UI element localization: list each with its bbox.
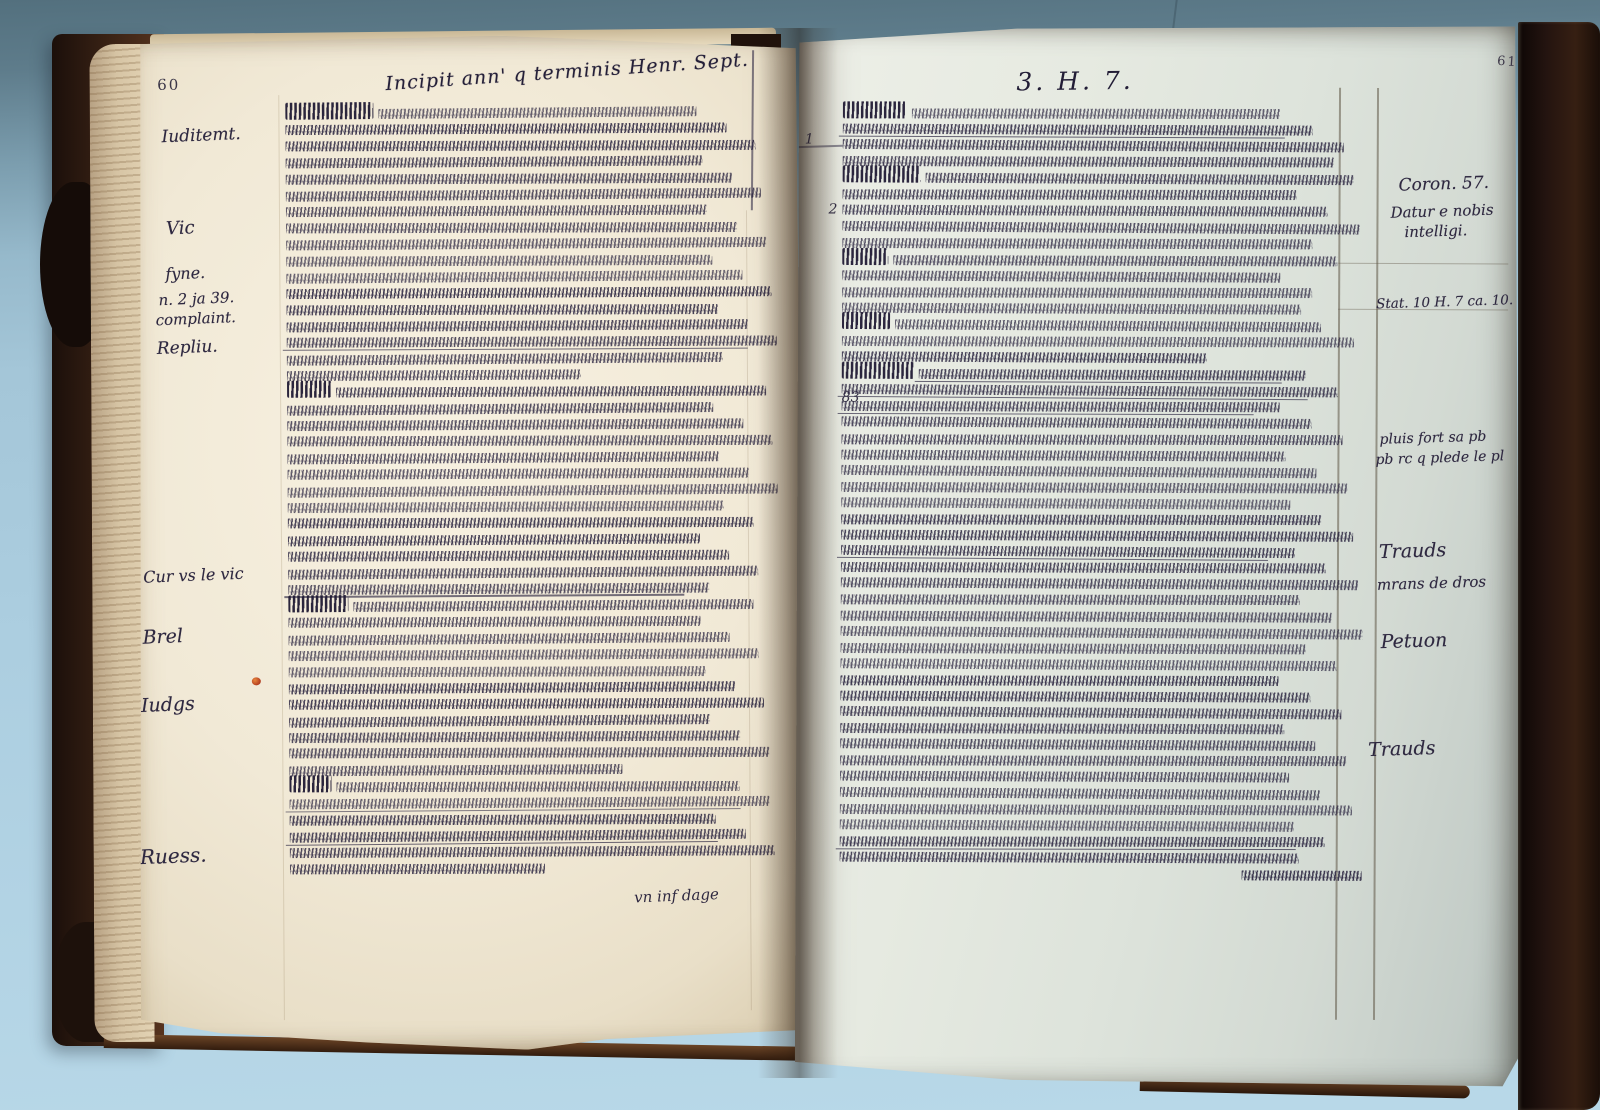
manuscript-line xyxy=(288,550,778,562)
manuscript-line xyxy=(289,631,779,645)
handwriting-scribble xyxy=(1242,870,1362,881)
manuscript-line xyxy=(286,237,776,251)
handwriting-scribble xyxy=(290,863,545,874)
manuscript-line xyxy=(840,836,1362,847)
handwriting-scribble xyxy=(286,156,703,169)
handwriting-scribble xyxy=(288,468,749,480)
margin-note: mrans de dros xyxy=(1377,573,1487,594)
right-page: 61 3. H. 7. 1 2 83 Coron. 57. Datur e no… xyxy=(795,23,1526,1090)
handwriting-scribble xyxy=(288,500,724,513)
folio-number-right: 61 xyxy=(1497,54,1519,70)
handwriting-scribble xyxy=(289,648,759,661)
manuscript-line xyxy=(286,254,776,266)
handwriting-scribble xyxy=(841,643,1306,654)
manuscript-line xyxy=(840,706,1362,720)
manuscript-line xyxy=(290,828,780,842)
manuscript-line xyxy=(842,270,1364,283)
manuscript-line xyxy=(287,368,777,381)
handwriting-scribble xyxy=(378,106,696,119)
handwriting-scribble xyxy=(287,418,743,431)
handwriting-scribble xyxy=(286,286,771,299)
handwriting-scribble xyxy=(289,698,764,710)
manuscript-paragraph xyxy=(840,369,1364,864)
manuscript-line xyxy=(286,155,776,169)
manuscript-line xyxy=(840,756,1362,767)
manuscript-paragraph xyxy=(843,108,1365,169)
handwriting-scribble xyxy=(840,675,1278,686)
handwriting-scribble xyxy=(840,852,1299,864)
margin-note: Cur vs le vic xyxy=(143,564,244,587)
manuscript-line xyxy=(842,369,1364,381)
manuscript-paragraph xyxy=(288,599,779,776)
manuscript-line xyxy=(843,156,1365,168)
manuscript-line xyxy=(289,698,779,710)
handwriting-scribble xyxy=(336,386,766,398)
handwriting-scribble xyxy=(286,188,761,202)
manuscript-line xyxy=(287,319,777,333)
handwriting-scribble xyxy=(841,465,1316,478)
handwriting-scribble xyxy=(842,287,1312,298)
handwriting-scribble xyxy=(287,319,748,332)
margin-note: Repliu. xyxy=(156,336,218,358)
handwriting-scribble xyxy=(288,565,758,579)
paragraph-initial xyxy=(842,362,914,379)
manuscript-line xyxy=(287,435,777,447)
handwriting-scribble xyxy=(286,270,742,284)
right-page-heading: 3. H. 7. xyxy=(995,66,1155,97)
gutter-number: 1 xyxy=(805,131,814,147)
margin-note: fyne. xyxy=(165,263,206,284)
handwriting-scribble xyxy=(840,739,1315,752)
manuscript-paragraph xyxy=(842,173,1364,250)
handwriting-scribble xyxy=(841,514,1321,525)
gutter-pointer-line xyxy=(795,145,843,148)
margin-note: pluis fort sa pb xyxy=(1379,429,1486,448)
manuscript-line xyxy=(840,739,1362,752)
manuscript-line xyxy=(841,578,1363,591)
margin-note: intelligi. xyxy=(1404,221,1467,241)
manuscript-line xyxy=(841,497,1363,510)
manuscript-line xyxy=(841,465,1363,479)
manuscript-line xyxy=(287,418,777,431)
manuscript-line xyxy=(289,648,779,661)
margin-note: Coron. 57. xyxy=(1398,173,1489,196)
handwriting-scribble xyxy=(289,747,769,759)
handwriting-scribble xyxy=(841,626,1363,640)
handwriting-scribble xyxy=(840,819,1294,832)
handwriting-scribble xyxy=(353,599,753,612)
manuscript-line xyxy=(288,468,778,480)
handwriting-scribble xyxy=(840,786,1320,799)
manuscript-line xyxy=(290,796,780,810)
paragraph-initial xyxy=(288,595,348,612)
gutter-number: 2 xyxy=(828,202,837,218)
manuscript-line xyxy=(841,595,1363,606)
handwriting-scribble xyxy=(842,434,1343,445)
manuscript-line xyxy=(289,747,779,759)
manuscript-line xyxy=(289,763,779,777)
handwriting-scribble xyxy=(842,384,1338,398)
margin-note: Petuon xyxy=(1380,629,1447,653)
handwriting-scribble xyxy=(840,804,1352,816)
manuscript-line xyxy=(289,713,779,727)
margin-note: Vic xyxy=(166,217,195,239)
paragraph-initial xyxy=(842,248,888,265)
handwriting-scribble xyxy=(289,714,710,728)
handwriting-scribble xyxy=(842,336,1354,348)
handwriting-scribble xyxy=(287,336,777,348)
handwriting-scribble xyxy=(288,550,729,562)
handwriting-scribble xyxy=(842,303,1301,315)
paragraph-initial xyxy=(285,102,373,120)
manuscript-line xyxy=(287,351,777,365)
handwriting-scribble xyxy=(288,533,700,546)
manuscript-line xyxy=(840,691,1362,703)
manuscript-line xyxy=(287,386,777,398)
manuscript-line xyxy=(841,545,1363,559)
manuscript-line xyxy=(841,514,1363,525)
manuscript-line xyxy=(288,533,778,547)
handwriting-scribble xyxy=(289,730,740,743)
right-book-cover xyxy=(1518,22,1600,1110)
manuscript-line xyxy=(843,139,1365,153)
margin-note: complaint. xyxy=(155,308,236,329)
manuscript-line xyxy=(841,449,1363,461)
handwriting-scribble xyxy=(289,764,622,777)
manuscript-line xyxy=(288,599,778,613)
manuscript-line xyxy=(841,610,1363,622)
left-page-text-block xyxy=(285,106,780,882)
manuscript-line xyxy=(841,658,1363,671)
manuscript-line xyxy=(285,123,775,136)
handwriting-scribble xyxy=(286,222,737,233)
handwriting-scribble xyxy=(926,173,1354,185)
handwriting-scribble xyxy=(286,172,732,184)
handwriting-scribble xyxy=(286,205,707,218)
manuscript-line xyxy=(289,781,779,793)
manuscript-line xyxy=(842,417,1364,430)
manuscript-line xyxy=(840,819,1362,832)
manuscript-paragraph xyxy=(287,385,778,595)
red-wax-spot xyxy=(252,677,261,685)
handwriting-scribble xyxy=(289,666,706,677)
left-page: 60 Incipit ann' q terminis Henr. Sept. I… xyxy=(135,34,807,1052)
margin-note: Datur e nobis xyxy=(1390,201,1494,222)
manuscript-line xyxy=(842,238,1364,250)
manuscript-paragraph xyxy=(289,780,780,875)
handwriting-scribble xyxy=(842,238,1312,249)
manuscript-photo: 60 Incipit ann' q terminis Henr. Sept. I… xyxy=(0,0,1600,1110)
handwriting-scribble xyxy=(840,756,1346,767)
handwriting-scribble xyxy=(287,352,723,366)
handwriting-scribble xyxy=(286,237,766,251)
handwriting-scribble xyxy=(840,836,1325,847)
manuscript-line xyxy=(286,187,776,201)
manuscript-line xyxy=(289,665,779,677)
margin-note: Iuditemt. xyxy=(161,124,241,147)
catchword: vn inf dage xyxy=(634,885,719,906)
manuscript-line xyxy=(290,846,780,859)
manuscript-line xyxy=(286,269,776,283)
handwriting-scribble xyxy=(842,205,1327,217)
manuscript-paragraph xyxy=(842,320,1364,364)
margin-note: pb rc q plede le pl xyxy=(1375,448,1504,468)
handwriting-scribble xyxy=(919,369,1306,381)
manuscript-line xyxy=(288,483,778,497)
closing-fragment-row xyxy=(840,869,1362,881)
margin-note: Trauds xyxy=(1368,737,1436,761)
manuscript-line xyxy=(288,582,778,595)
margin-note: Iudgs xyxy=(141,693,196,717)
handwriting-scribble xyxy=(893,255,1337,266)
handwriting-scribble xyxy=(840,771,1289,783)
handwriting-scribble xyxy=(842,220,1359,234)
manuscript-line xyxy=(288,517,778,529)
handwriting-scribble xyxy=(842,270,1281,283)
manuscript-line xyxy=(287,336,777,348)
handwriting-scribble xyxy=(288,582,709,595)
manuscript-line xyxy=(840,723,1362,735)
margin-note: n. 2 ja 39. xyxy=(158,288,234,309)
manuscript-line xyxy=(840,675,1362,686)
manuscript-line xyxy=(842,205,1364,217)
manuscript-paragraph xyxy=(285,106,777,381)
manuscript-line xyxy=(289,730,779,743)
handwriting-scribble xyxy=(841,449,1285,461)
handwriting-scribble xyxy=(841,562,1326,573)
handwriting-scribble xyxy=(840,706,1341,720)
handwriting-scribble xyxy=(841,658,1337,671)
manuscript-line xyxy=(842,401,1364,413)
manuscript-line xyxy=(288,565,778,579)
handwriting-scribble xyxy=(290,829,746,843)
manuscript-line xyxy=(286,172,776,184)
manuscript-paragraph xyxy=(842,254,1364,315)
margin-note: Ruess. xyxy=(139,842,207,869)
manuscript-line xyxy=(840,771,1362,783)
manuscript-line xyxy=(841,482,1363,494)
handwriting-scribble xyxy=(843,190,1297,201)
paragraph-initial xyxy=(843,166,921,183)
manuscript-line xyxy=(843,190,1365,201)
manuscript-line xyxy=(842,434,1364,445)
manuscript-line xyxy=(840,852,1362,864)
paragraph-initial xyxy=(843,101,907,118)
right-page-text-block xyxy=(840,108,1365,881)
handwriting-scribble xyxy=(287,370,581,382)
handwriting-scribble xyxy=(841,497,1290,510)
manuscript-line xyxy=(843,173,1365,186)
folio-number-left: 60 xyxy=(157,76,180,94)
handwriting-scribble xyxy=(843,124,1313,136)
handwriting-scribble xyxy=(287,304,718,315)
manuscript-line xyxy=(842,336,1364,348)
handwriting-scribble xyxy=(841,482,1347,494)
handwriting-scribble xyxy=(289,681,735,694)
manuscript-line xyxy=(842,220,1364,234)
manuscript-line xyxy=(286,222,776,234)
paragraph-initial xyxy=(842,312,890,329)
manuscript-line xyxy=(842,384,1364,398)
left-margin-rule xyxy=(278,95,285,1020)
handwriting-scribble xyxy=(286,140,756,152)
handwriting-scribble xyxy=(290,846,775,859)
handwriting-scribble xyxy=(840,691,1310,703)
manuscript-line xyxy=(841,643,1363,655)
handwriting-scribble xyxy=(841,530,1353,542)
manuscript-line xyxy=(842,319,1364,333)
handwriting-scribble xyxy=(843,139,1344,153)
manuscript-line xyxy=(286,204,776,217)
manuscript-line xyxy=(290,863,780,875)
handwriting-scribble xyxy=(841,595,1300,606)
manuscript-line xyxy=(287,451,777,465)
handwriting-scribble xyxy=(336,781,739,792)
manuscript-line xyxy=(842,287,1364,298)
handwriting-scribble xyxy=(290,796,770,810)
margin-note: Brel xyxy=(142,625,183,649)
manuscript-line xyxy=(286,286,776,299)
margin-rule-outer xyxy=(1373,88,1379,1020)
handwriting-scribble xyxy=(842,417,1312,430)
manuscript-line xyxy=(843,124,1365,136)
manuscript-line xyxy=(290,813,780,825)
handwriting-scribble xyxy=(842,401,1280,412)
manuscript-line xyxy=(842,351,1364,364)
manuscript-line xyxy=(285,105,775,119)
manuscript-line xyxy=(843,108,1365,119)
handwriting-scribble xyxy=(288,616,700,628)
manuscript-line xyxy=(287,304,777,316)
handwriting-scribble xyxy=(287,451,718,464)
manuscript-line xyxy=(841,562,1363,574)
handwriting-scribble xyxy=(288,483,778,497)
manuscript-line xyxy=(288,500,778,513)
handwriting-scribble xyxy=(287,402,713,416)
manuscript-line xyxy=(288,616,778,628)
handwriting-scribble xyxy=(841,610,1332,622)
handwriting-scribble xyxy=(290,813,716,825)
manuscript-line xyxy=(289,681,779,695)
manuscript-line xyxy=(841,530,1363,542)
handwriting-scribble xyxy=(287,435,772,447)
manuscript-line xyxy=(841,626,1363,640)
handwriting-scribble xyxy=(895,319,1321,332)
left-page-heading: Incipit ann' q terminis Henr. Sept. xyxy=(385,50,734,95)
manuscript-line xyxy=(840,804,1362,816)
handwriting-scribble xyxy=(286,254,712,266)
paragraph-initial xyxy=(289,775,331,792)
handwriting-scribble xyxy=(912,108,1280,119)
manuscript-line xyxy=(840,786,1362,800)
manuscript-line xyxy=(842,255,1364,267)
margin-note: Trauds xyxy=(1379,539,1447,563)
manuscript-line xyxy=(842,303,1364,315)
handwriting-scribble xyxy=(841,578,1358,591)
manuscript-line xyxy=(286,140,776,152)
handwriting-scribble xyxy=(840,723,1284,734)
paragraph-initial xyxy=(287,381,331,398)
handwriting-scribble xyxy=(288,517,754,529)
manuscript-line xyxy=(287,401,777,415)
handwriting-scribble xyxy=(289,632,730,646)
handwriting-scribble xyxy=(841,545,1295,558)
handwriting-scribble xyxy=(285,123,726,136)
